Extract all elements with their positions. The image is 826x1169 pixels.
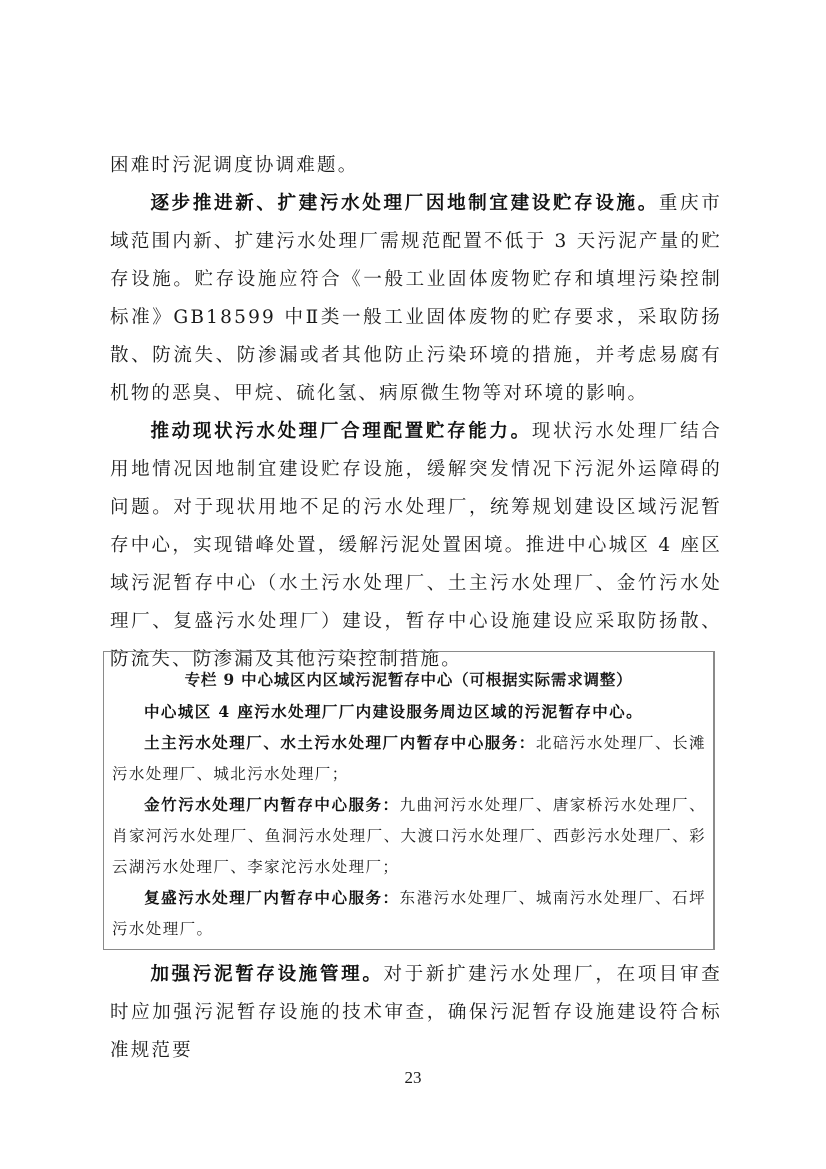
box-item-heading: 土主污水处理厂、水土污水处理厂内暂存中心服务： [144,733,536,752]
paragraph-storage-management: 加强污泥暂存设施管理。对于新扩建污水处理厂，在项目审查时应加强污泥暂存设施的技术… [110,956,722,1070]
paragraph-text: 重庆市域范围内新、扩建污水处理厂需规范配置不低于 3 天污泥产量的贮存设施。贮存… [110,193,722,404]
box-item: 复盛污水处理厂内暂存中心服务：东港污水处理厂、城南污水处理厂、石坪污水处理厂。 [112,882,706,945]
box-item-heading: 复盛污水处理厂内暂存中心服务： [144,888,400,907]
box-intro: 中心城区 4 座污水处理厂厂内建设服务周边区域的污泥暂存中心。 [112,696,706,728]
box-item: 金竹污水处理厂内暂存中心服务：九曲河污水处理厂、唐家桥污水处理厂、肖家河污水处理… [112,789,706,883]
paragraph-continuation: 困难时污泥调度协调难题。 [110,147,722,185]
box-intro-text: 中心城区 4 座污水处理厂厂内建设服务周边区域的污泥暂存中心。 [144,702,643,721]
paragraph-heading: 推动现状污水处理厂合理配置贮存能力。 [150,421,532,442]
paragraph-heading: 加强污泥暂存设施管理。 [150,964,384,985]
paragraph-heading: 逐步推进新、扩建污水处理厂因地制宜建设贮存设施。 [150,193,659,214]
box-item-heading: 金竹污水处理厂内暂存中心服务： [144,795,400,814]
paragraph-text: 困难时污泥调度协调难题。 [110,155,358,176]
page-number: 23 [0,1068,826,1088]
paragraph-existing-capacity: 推动现状污水处理厂合理配置贮存能力。现状污水处理厂结合用地情况因地制宜建设贮存设… [110,413,722,679]
column-box-9: 专栏 9 中心城区内区域污泥暂存中心（可根据实际需求调整） 中心城区 4 座污水… [103,651,715,950]
document-page: 困难时污泥调度协调难题。 逐步推进新、扩建污水处理厂因地制宜建设贮存设施。重庆市… [0,0,826,1169]
paragraph-new-facilities: 逐步推进新、扩建污水处理厂因地制宜建设贮存设施。重庆市域范围内新、扩建污水处理厂… [110,185,722,413]
paragraph-text: 现状污水处理厂结合用地情况因地制宜建设贮存设施，缓解突发情况下污泥外运障碍的问题… [110,421,722,670]
box-title: 专栏 9 中心城区内区域污泥暂存中心（可根据实际需求调整） [104,668,713,690]
box-item: 土主污水处理厂、水土污水处理厂内暂存中心服务：北碚污水处理厂、长滩污水处理厂、城… [112,727,706,790]
